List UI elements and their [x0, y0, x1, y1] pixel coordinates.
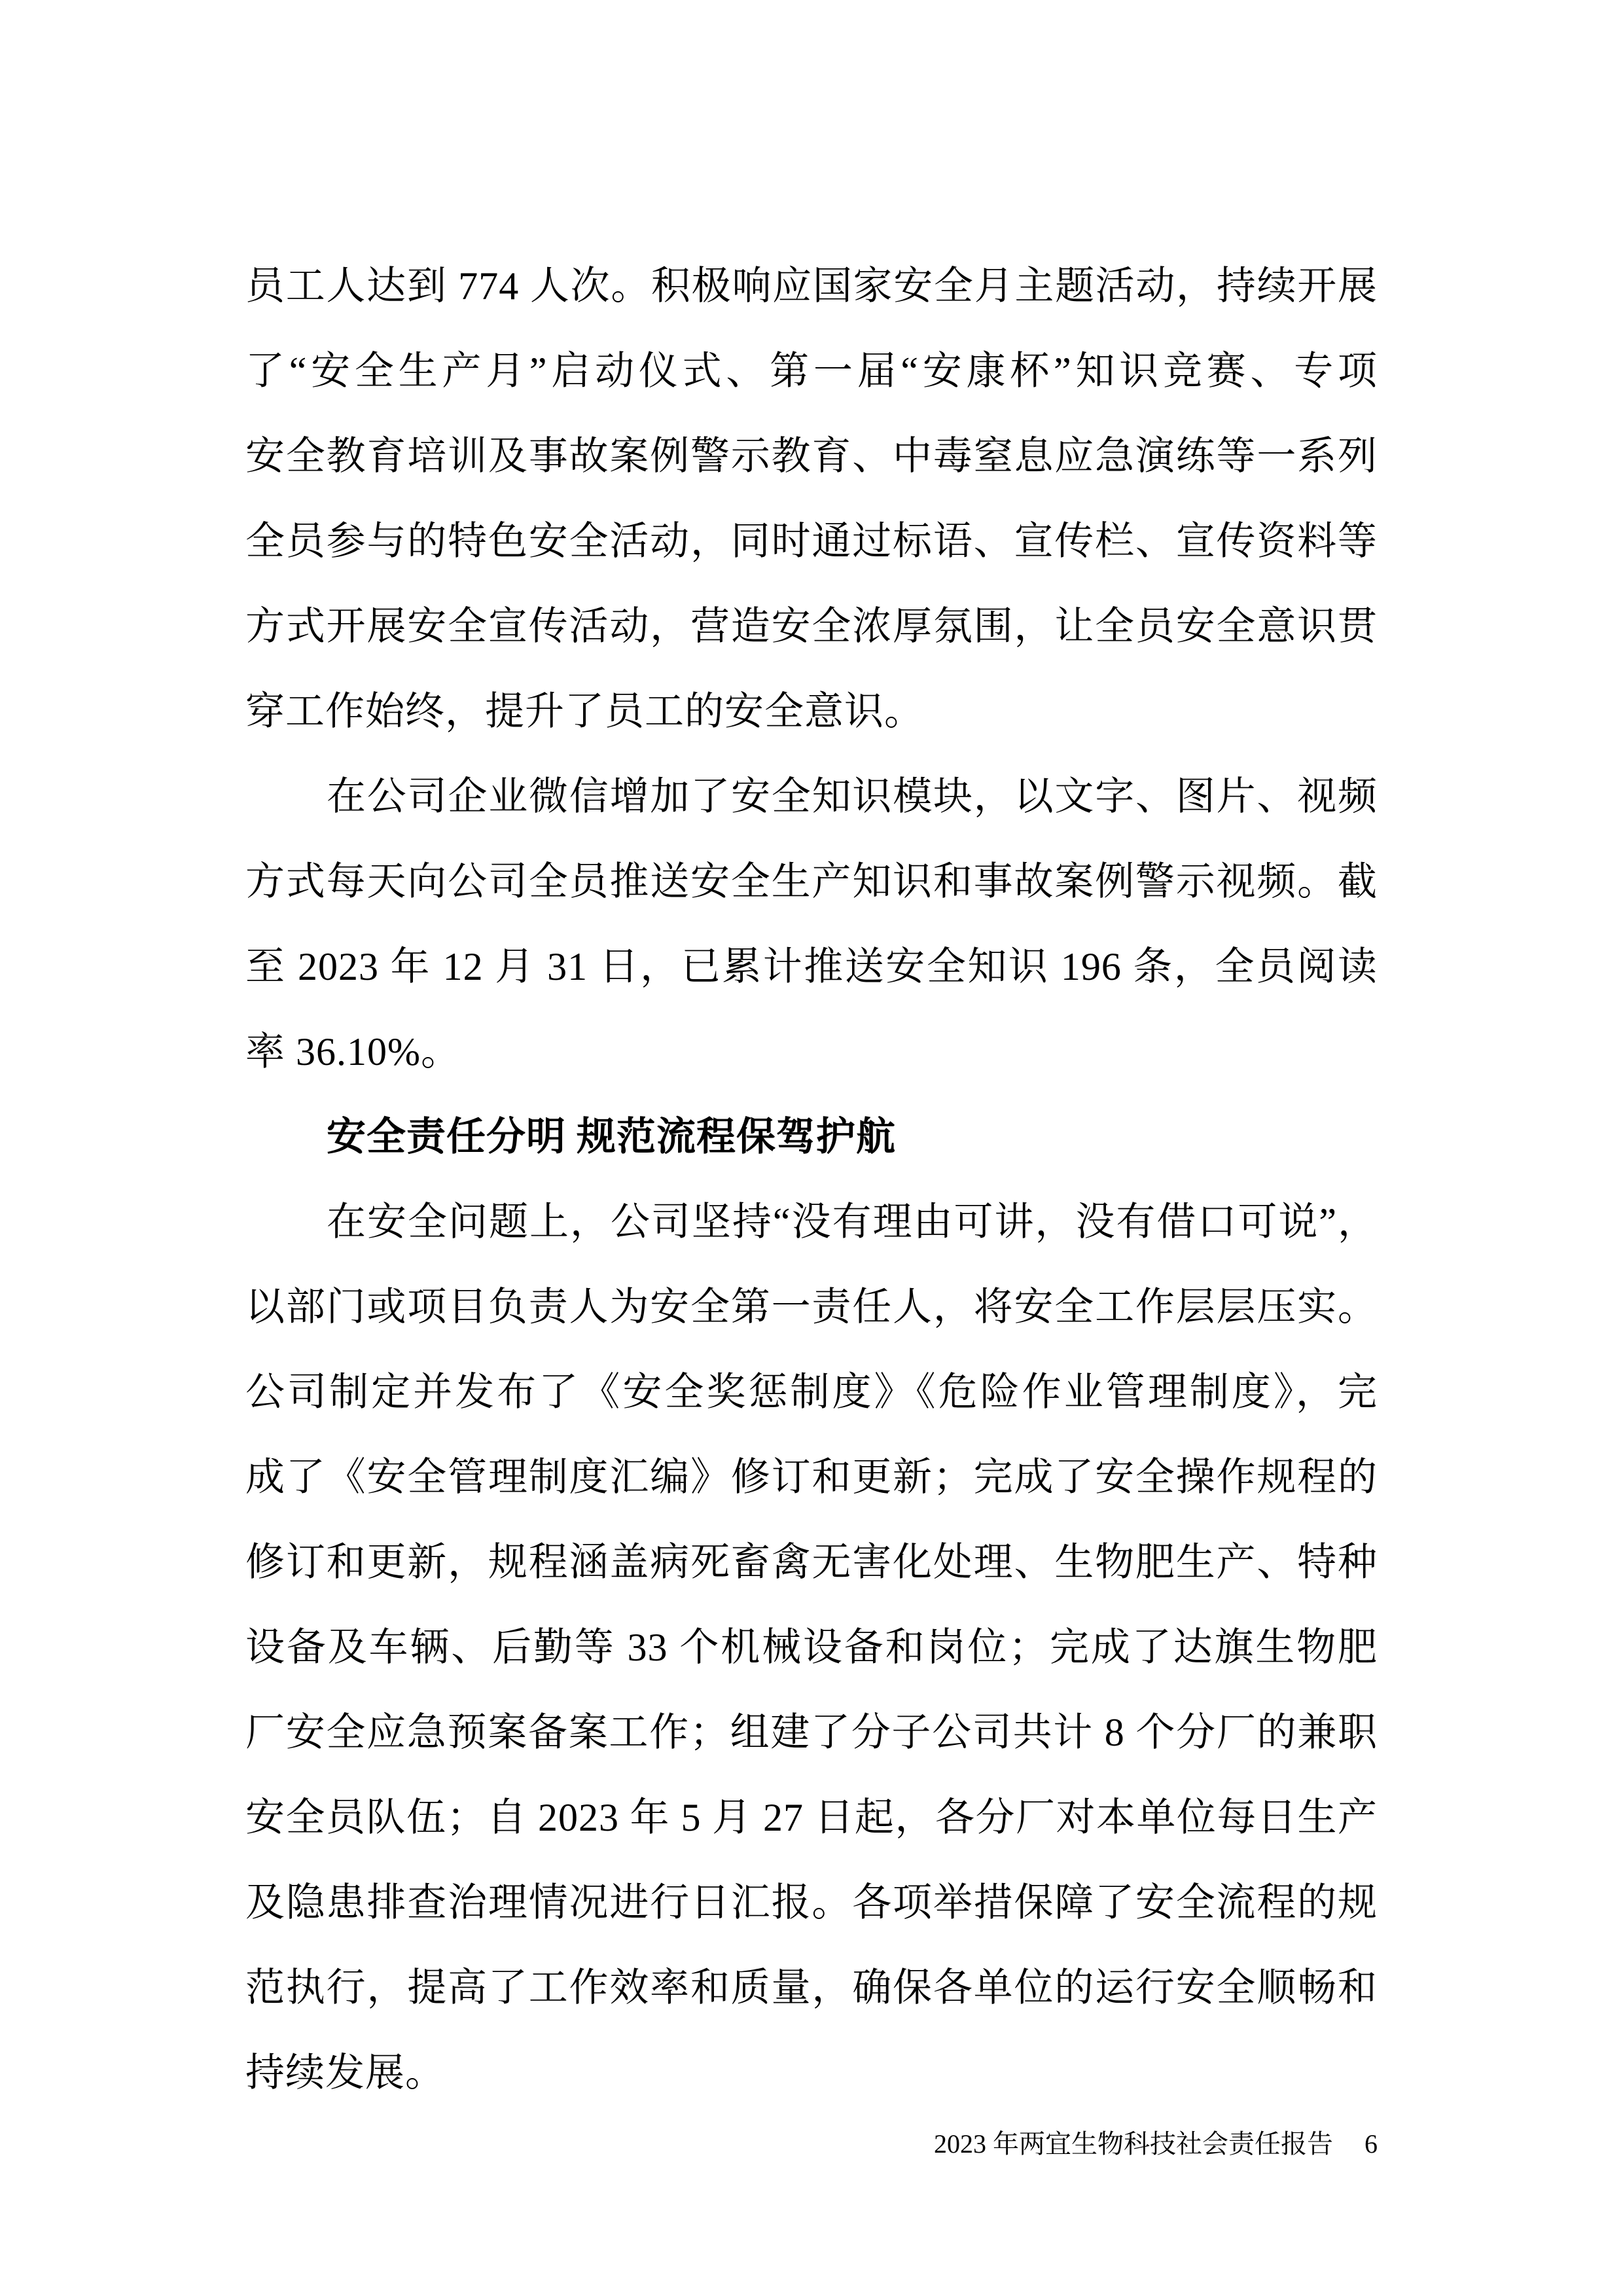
footer-title: 2023 年两宜生物科技社会责任报告 — [934, 2125, 1333, 2164]
text-line: 厂安全应急预案备案工作；组建了分子公司共计 8 个分厂的兼职 — [245, 1690, 1378, 1775]
text-line: 安全教育培训及事故案例警示教育、中毒窒息应急演练等一系列 — [245, 414, 1378, 499]
text-line: 持续发展。 — [245, 2030, 1378, 2115]
text-line: 方式每天向公司全员推送安全生产知识和事故案例警示视频。截 — [245, 839, 1378, 924]
text-line: 公司制定并发布了《安全奖惩制度》《危险作业管理制度》，完 — [245, 1350, 1378, 1435]
document-page: 员工人达到 774 人次。积极响应国家安全月主题活动，持续开展 了“安全生产月”… — [0, 0, 1623, 2296]
text-line: 修订和更新，规程涵盖病死畜禽无害化处理、生物肥生产、特种 — [245, 1520, 1378, 1605]
text-line: 安全员队伍；自 2023 年 5 月 27 日起，各分厂对本单位每日生产 — [245, 1775, 1378, 1860]
text-line: 至 2023 年 12 月 31 日，已累计推送安全知识 196 条，全员阅读 — [245, 924, 1378, 1009]
text-line: 穿工作始终，提升了员工的安全意识。 — [245, 669, 1378, 754]
text-line: 设备及车辆、后勤等 33 个机械设备和岗位；完成了达旗生物肥 — [245, 1605, 1378, 1690]
text-line: 在安全问题上，公司坚持“没有理由可讲，没有借口可说”， — [245, 1179, 1378, 1265]
body-text: 员工人达到 774 人次。积极响应国家安全月主题活动，持续开展 了“安全生产月”… — [245, 243, 1378, 2115]
text-line: 率 36.10%。 — [245, 1009, 1378, 1094]
page-footer: 2023 年两宜生物科技社会责任报告 6 — [934, 2125, 1378, 2164]
text-line: 方式开展安全宣传活动，营造安全浓厚氛围，让全员安全意识贯 — [245, 584, 1378, 669]
section-heading: 安全责任分明 规范流程保驾护航 — [245, 1094, 1378, 1179]
text-line: 在公司企业微信增加了安全知识模块，以文字、图片、视频 — [245, 754, 1378, 839]
text-line: 员工人达到 774 人次。积极响应国家安全月主题活动，持续开展 — [245, 243, 1378, 329]
text-line: 全员参与的特色安全活动，同时通过标语、宣传栏、宣传资料等 — [245, 499, 1378, 584]
text-line: 了“安全生产月”启动仪式、第一届“安康杯”知识竞赛、专项 — [245, 329, 1378, 414]
text-line: 以部门或项目负责人为安全第一责任人，将安全工作层层压实。 — [245, 1265, 1378, 1350]
page-number: 6 — [1364, 2125, 1378, 2164]
text-line: 范执行，提高了工作效率和质量，确保各单位的运行安全顺畅和 — [245, 1945, 1378, 2030]
text-line: 成了《安全管理制度汇编》修订和更新；完成了安全操作规程的 — [245, 1435, 1378, 1520]
text-line: 及隐患排查治理情况进行日汇报。各项举措保障了安全流程的规 — [245, 1860, 1378, 1945]
